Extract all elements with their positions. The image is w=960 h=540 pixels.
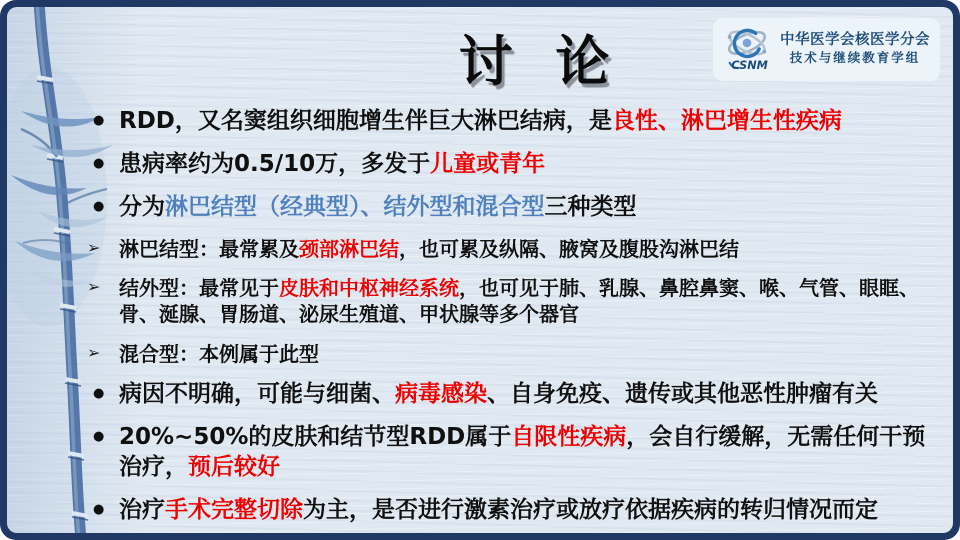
list-item: ●20%~50%的皮肤和结节型RDD属于自限性疾病，会自行缓解，无需任何干预治疗… [85, 423, 927, 483]
bullet-text-segment: 三种类型 [545, 194, 637, 220]
bullet-text-segment: 治疗 [119, 497, 165, 523]
bullet-text-segment: 20%~50%的皮肤和结节型RDD属于 [119, 424, 511, 450]
bullet-text-segment: 为主，是否进行激素治疗或放疗依据疾病的转归情况而定 [303, 497, 878, 523]
bullet-list: ●RDD，又名窦组织细胞增生伴巨大淋巴结病，是良性、淋巴增生性疾病●患病率约为0… [85, 107, 927, 526]
bullet-text-segment: 分为 [119, 194, 165, 220]
slide-body: 讨 论 CSNM 中华医学会核医学分会 技术与继续教育学组 ●RDD，又名窦组织… [7, 7, 953, 533]
bullet-dot-icon: ● [85, 380, 119, 403]
society-name-line1: 中华医学会核医学分会 [780, 31, 930, 51]
slide: 讨 论 CSNM 中华医学会核医学分会 技术与继续教育学组 ●RDD，又名窦组织… [0, 0, 960, 540]
list-item: ●分为淋巴结型（经典型）、结外型和混合型三种类型 [85, 193, 927, 223]
bullet-text: 混合型：本例属于此型 [119, 341, 927, 367]
bullet-arrow-icon: ➢ [85, 341, 119, 363]
list-item: ➢混合型：本例属于此型 [85, 341, 927, 367]
bullet-dot-icon: ● [85, 107, 119, 130]
bullet-text: 分为淋巴结型（经典型）、结外型和混合型三种类型 [119, 193, 927, 223]
bullet-text: 20%~50%的皮肤和结节型RDD属于自限性疾病，会自行缓解，无需任何干预治疗，… [119, 423, 927, 483]
bullet-dot-icon: ● [85, 423, 119, 446]
bullet-text-segment: 混合型：本例属于此型 [119, 342, 319, 366]
society-name-line2: 技术与继续教育学组 [790, 50, 921, 67]
bullet-text: 病因不明确，可能与细菌、病毒感染、自身免疫、遗传或其他恶性肿瘤有关 [119, 380, 927, 410]
bullet-text-segment: ，会自行缓解，无需任何干预 [626, 424, 925, 450]
bullet-arrow-icon: ➢ [85, 275, 119, 297]
bullet-text-segment: 病因不明确，可能与细菌、 [119, 381, 395, 407]
bullet-dot-icon: ● [85, 193, 119, 216]
bullet-text-segment: 儿童或青年 [430, 151, 545, 177]
bullet-text-segment: 良性、淋巴增生性疾病 [612, 108, 842, 134]
bullet-text: 患病率约为0.5/10万，多发于儿童或青年 [119, 150, 927, 180]
list-item: ➢结外型：最常见于皮肤和中枢神经系统，也可见于肺、乳腺、鼻腔鼻窦、喉、气管、眼眶… [85, 275, 927, 328]
bullet-text-segment: ，也可见于肺、乳腺、鼻腔鼻窦、喉、气管、眼眶、 [459, 276, 919, 300]
list-item: ●患病率约为0.5/10万，多发于儿童或青年 [85, 150, 927, 180]
bullet-text: 淋巴结型：最常累及颈部淋巴结，也可累及纵隔、腋窝及腹股沟淋巴结 [119, 236, 927, 262]
bullet-text-segment: 病毒感染 [395, 381, 487, 407]
bullet-text-segment: 治疗， [119, 454, 188, 480]
bullet-text: 治疗手术完整切除为主，是否进行激素治疗或放疗依据疾病的转归情况而定 [119, 496, 927, 526]
bullet-text-segment: 淋巴结型（经典型）、结外型和混合型 [165, 194, 545, 220]
list-item: ●RDD，又名窦组织细胞增生伴巨大淋巴结病，是良性、淋巴增生性疾病 [85, 107, 927, 137]
list-item: ➢淋巴结型：最常累及颈部淋巴结，也可累及纵隔、腋窝及腹股沟淋巴结 [85, 236, 927, 262]
list-item: ●治疗手术完整切除为主，是否进行激素治疗或放疗依据疾病的转归情况而定 [85, 496, 927, 526]
society-logo: CSNM 中华医学会核医学分会 技术与继续教育学组 [713, 18, 940, 81]
bullet-text: 结外型：最常见于皮肤和中枢神经系统，也可见于肺、乳腺、鼻腔鼻窦、喉、气管、眼眶、… [119, 275, 927, 328]
bullet-text-segment: 骨、涎腺、胃肠道、泌尿生殖道、甲状腺等多个器官 [119, 302, 579, 326]
csnm-atom-icon: CSNM [721, 23, 773, 75]
csnm-acronym: CSNM [731, 59, 768, 72]
bullet-text-segment: 预后较好 [188, 454, 280, 480]
bullet-text-segment: 自限性疾病 [511, 424, 626, 450]
bullet-text-segment: 、自身免疫、遗传或其他恶性肿瘤有关 [487, 381, 878, 407]
bullet-text-segment: 颈部淋巴结 [299, 237, 399, 261]
bullet-text-segment: 淋巴结型：最常累及 [119, 237, 299, 261]
society-name: 中华医学会核医学分会 技术与继续教育学组 [780, 31, 930, 67]
bullet-dot-icon: ● [85, 150, 119, 173]
bullet-arrow-icon: ➢ [85, 236, 119, 258]
bullet-text: RDD，又名窦组织细胞增生伴巨大淋巴结病，是良性、淋巴增生性疾病 [119, 107, 927, 137]
bullet-text-segment: ，也可累及纵隔、腋窝及腹股沟淋巴结 [399, 237, 739, 261]
bullet-text-segment: 结外型：最常见于 [119, 276, 279, 300]
bullet-text-segment: RDD，又名窦组织细胞增生伴巨大淋巴结病，是 [119, 108, 612, 134]
bullet-text-segment: 患病率约为0.5/10万，多发于 [119, 151, 430, 177]
bullet-dot-icon: ● [85, 496, 119, 519]
list-item: ●病因不明确，可能与细菌、病毒感染、自身免疫、遗传或其他恶性肿瘤有关 [85, 380, 927, 410]
bullet-text-segment: 手术完整切除 [165, 497, 303, 523]
bullet-text-segment: 皮肤和中枢神经系统 [279, 276, 459, 300]
